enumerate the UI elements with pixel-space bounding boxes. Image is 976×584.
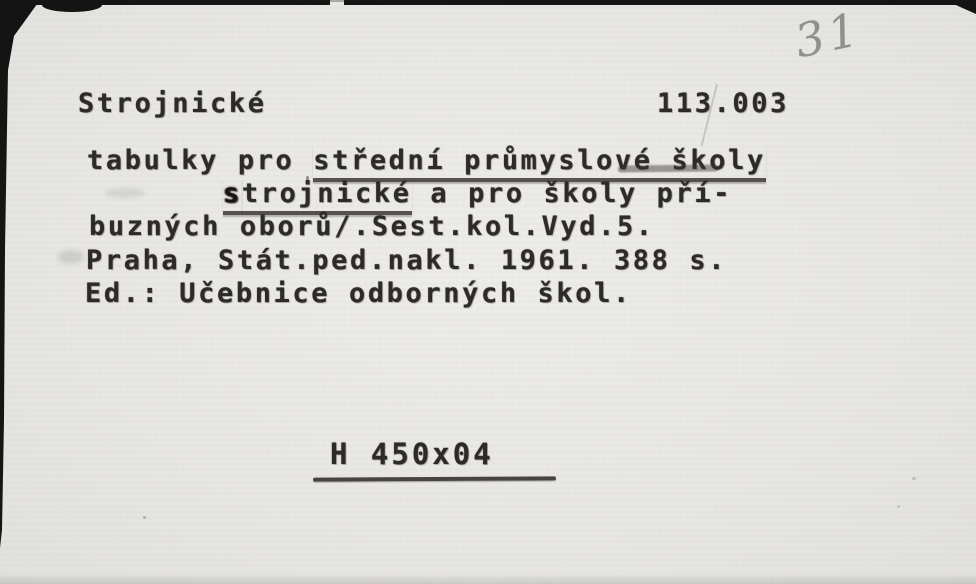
title-line-1-underlined: střední průmyslové školy bbox=[313, 145, 766, 182]
paper-speck bbox=[897, 505, 900, 508]
ink-smudge bbox=[618, 164, 718, 172]
title-line-2: strojnické a pro školy pří- bbox=[223, 180, 732, 207]
paper-speck bbox=[143, 516, 146, 519]
call-number: 113.003 bbox=[657, 90, 789, 117]
paper-speck bbox=[306, 176, 309, 180]
handwritten-number: 31 bbox=[791, 6, 866, 65]
catalog-card-scan: 31 Strojnické 113.003 tabulky pro středn… bbox=[0, 0, 976, 584]
heading-word: Strojnické bbox=[78, 90, 267, 117]
series-line: Ed.: Učebnice odborných škol. bbox=[85, 280, 632, 307]
title-line-2-underlined: trojnické bbox=[242, 178, 412, 215]
ink-ghost-mark bbox=[58, 250, 84, 264]
scan-bottom-shadow bbox=[0, 574, 976, 584]
paper-speck bbox=[912, 477, 916, 480]
ink-ghost-mark bbox=[105, 188, 145, 198]
title-line-1-plain: tabulky pro bbox=[87, 145, 313, 176]
title-line-3: buzných oborů/.Sest.kol.Vyd.5. bbox=[89, 213, 655, 240]
shelf-mark: H 450x04 bbox=[330, 440, 494, 469]
imprint-line: Praha, Stát.ped.nakl. 1961. 388 s. bbox=[86, 247, 727, 274]
title-line-2-rest: a pro školy pří- bbox=[412, 178, 733, 209]
title-line-2-overstruck-char: s bbox=[223, 178, 242, 215]
